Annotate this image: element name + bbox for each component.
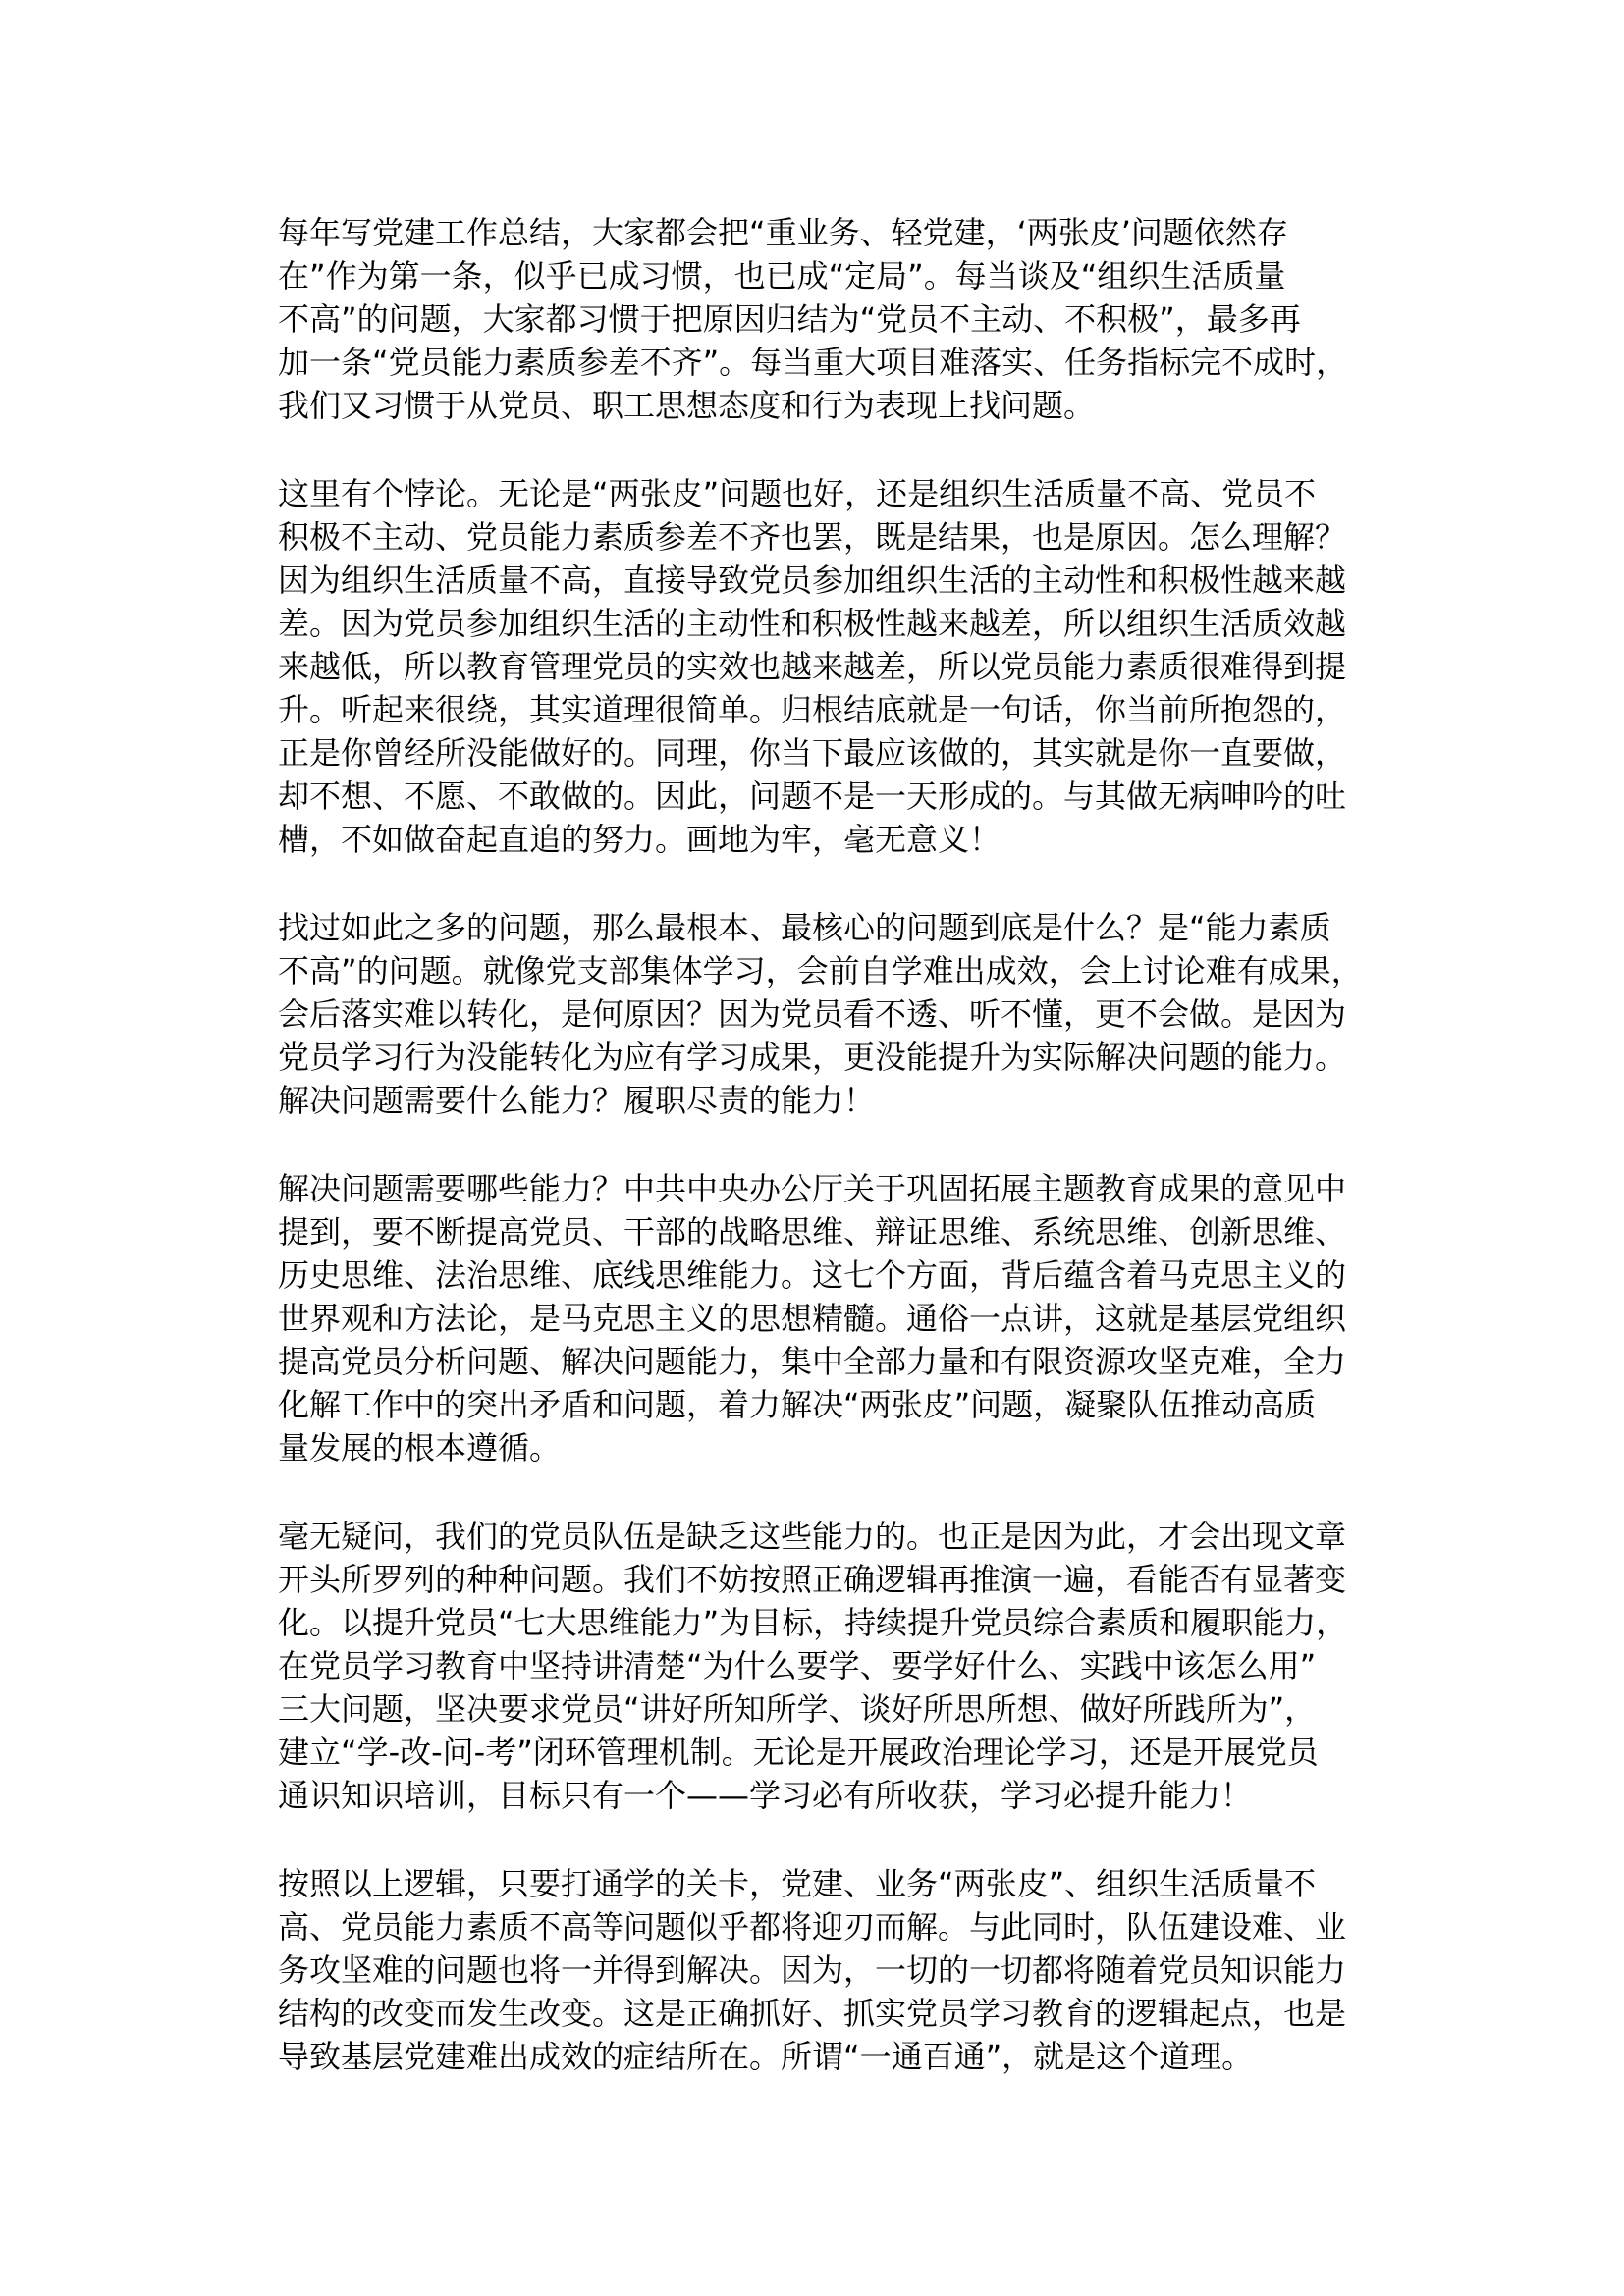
paragraph-1: 每年写党建工作总结，大家都会把“重业务、轻党建，‘两张皮’问题依然存 在”作为第… (278, 211, 1408, 427)
article-body: 每年写党建工作总结，大家都会把“重业务、轻党建，‘两张皮’问题依然存 在”作为第… (0, 0, 1624, 2078)
paragraph-5: 毫无疑问，我们的党员队伍是缺乏这些能力的。也正是因为此，才会出现文章 开头所罗列… (278, 1515, 1408, 1817)
paragraph-3: 找过如此之多的问题，那么最根本、最核心的问题到底是什么？是“能力素质 不高”的问… (278, 906, 1408, 1122)
paragraph-6: 按照以上逻辑，只要打通学的关卡，党建、业务“两张皮”、组织生活质量不 高、党员能… (278, 1862, 1408, 2078)
paragraph-4: 解决问题需要哪些能力？中共中央办公厅关于巩固拓展主题教育成果的意见中 提到，要不… (278, 1167, 1408, 1469)
paragraph-2: 这里有个悖论。无论是“两张皮”问题也好，还是组织生活质量不高、党员不 积极不主动… (278, 472, 1408, 861)
document-page: 每年写党建工作总结，大家都会把“重业务、轻党建，‘两张皮’问题依然存 在”作为第… (0, 0, 1624, 2078)
